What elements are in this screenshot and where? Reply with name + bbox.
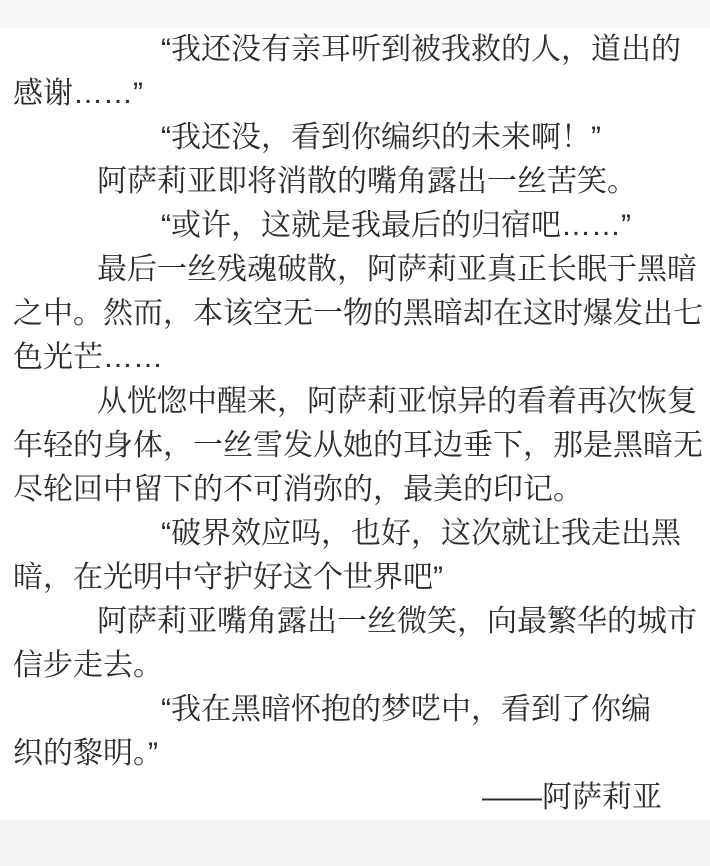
text-line: 年轻的身体，一丝雪发从她的耳边垂下，那是黑暗无	[13, 424, 697, 468]
text-line: 之中。然而，本该空无一物的黑暗却在这时爆发出七	[13, 292, 697, 336]
text-line: 最后一丝残魂破散，阿萨莉亚真正长眠于黑暗	[13, 248, 697, 292]
text-line: 织的黎明。”	[13, 732, 697, 776]
status-bar-spacer	[0, 0, 710, 28]
text-line: 阿萨莉亚即将消散的嘴角露出一丝苦笑。	[13, 160, 697, 204]
text-line: 暗，在光明中守护好这个世界吧”	[13, 556, 697, 600]
bottom-bar-spacer	[0, 820, 710, 866]
text-line: “我在黑暗怀抱的梦呓中，看到了你编	[13, 688, 697, 732]
text-line: “我还没，看到你编织的未来啊！”	[13, 116, 697, 160]
text-line: 感谢……”	[13, 72, 697, 116]
text-line: 色光芒……	[13, 336, 697, 380]
text-line: 从恍惚中醒来，阿萨莉亚惊异的看着再次恢复	[13, 380, 697, 424]
text-line: ——阿萨莉亚	[13, 776, 697, 820]
text-line: “破界效应吗，也好，这次就让我走出黑	[13, 512, 697, 556]
text-line: 信步走去。	[13, 644, 697, 688]
text-line: 阿萨莉亚嘴角露出一丝微笑，向最繁华的城市	[13, 600, 697, 644]
text-line: “我还没有亲耳听到被我救的人，道出的	[13, 28, 697, 72]
reader-content[interactable]: “我还没有亲耳听到被我救的人，道出的感谢……”“我还没，看到你编织的未来啊！”阿…	[0, 28, 710, 820]
text-line: “或许，这就是我最后的归宿吧……”	[13, 204, 697, 248]
text-line: 尽轮回中留下的不可消弥的，最美的印记。	[13, 468, 697, 512]
